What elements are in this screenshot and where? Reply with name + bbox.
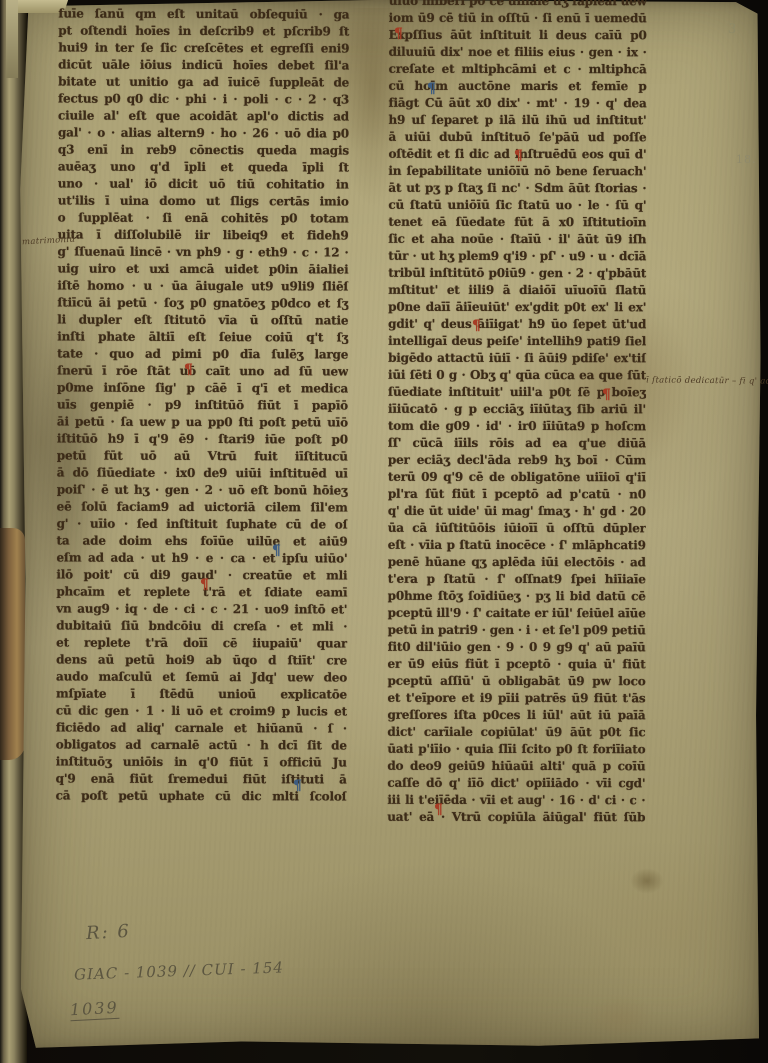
- text-line: tate · quo ad pimi p0 dīa ſulēʒ large: [57, 345, 348, 363]
- paragraph-mark-blue: ¶: [293, 779, 302, 793]
- text-line: uno · ual' iō dicit uō tiū cohitatio in: [58, 175, 349, 193]
- text-line: dicūt uāle iōius indicū hoīes debet ſil'…: [58, 56, 349, 74]
- text-line: poiſ' · ē ut hʒ · gen · 2 · uō eſt bonū …: [57, 481, 348, 499]
- text-line: iii li t'eiīēda · vīi et aug' · 16 · d' …: [387, 792, 645, 809]
- text-line: caſſe dō q' iīō dict' opiīiādo · vīi cgd…: [387, 775, 645, 792]
- text-line: ſtiīcū āi petū · ſoʒ p0 gnatōeʒ p0dco et…: [57, 294, 348, 312]
- paragraph-mark-blue: ¶: [272, 544, 281, 558]
- text-line: pceptū ill'9 · ſ' caitate er iūl' ſeiūel…: [388, 605, 646, 622]
- text-line: audo maſculū et ſemū ai Jdq' uew deo: [56, 668, 347, 686]
- text-line: iſtē homo · u · ūa āiugale ut9 u9li9 ſli…: [57, 277, 348, 295]
- text-line: li dupler eſt ſtitutō vīa ū oſſtū natie: [57, 311, 348, 329]
- text-line: mſtitut' et iili9 ā diaiōī uīuoīū ſlatū: [388, 282, 646, 299]
- text-line: tenet eā ſūedate fūt ā x0 īſtitutioīn: [388, 214, 646, 231]
- text-line: eē ſolū faciam9 ad uictoriā cilem ſil'em: [57, 498, 348, 516]
- text-line: pt oſtendi hoīes in deſcrib9 et pſcrib9 …: [58, 22, 349, 40]
- text-line: diluuiū dix' noe et filiis eius · gen · …: [389, 44, 647, 61]
- text-line: ūa cā iūſtitūōis iūioīī ū oſſtū dūpler: [388, 520, 646, 537]
- binding-board-edge: [0, 528, 25, 760]
- text-line: hui9 in ter ſe ſic creſcētes et egreſſi …: [58, 39, 349, 57]
- text-line: pceptū aſſiū' ū obligabāt ū9 pw loco: [388, 673, 646, 690]
- text-line: ſnerū ī rōe ſtāt uō caīt uno ad ſū uew: [57, 362, 348, 380]
- paragraph-mark-blue: ¶: [427, 82, 436, 96]
- text-line: tribūl inſtitūtō p0iū9 · gen · 2 · q'pbā…: [388, 265, 646, 282]
- text-line: bitate ut unitio ga ad īuicē ſuppleāt de: [58, 73, 349, 91]
- text-line: pl'ra ſūt fiūt ī pceptō ad p'catū · n0: [388, 486, 646, 503]
- manuscript-photo: fuīe ſanū qm eſt unitaū obſequiū · gapt …: [0, 0, 768, 1063]
- text-column-left: fuīe ſanū qm eſt unitaū obſequiū · gapt …: [56, 5, 350, 806]
- paragraph-mark-red: ¶: [514, 149, 523, 163]
- text-line: inſtituōʒ uniōis in q'0 fiūt ī officiū J…: [56, 753, 347, 771]
- text-line: dens aū petū hoi9 ab ūqo d ſtiīt' cre: [56, 651, 347, 669]
- text-line: p0me inſōne ſig' p cāē ī q'ī et medica: [57, 379, 348, 397]
- text-line: cū ſtatū uniōīū ſic ſtatū uo · le · ſū q…: [388, 197, 646, 214]
- text-line: ſſ' cūcā iīils rōis ad ea q'ue diūā iīce…: [388, 435, 646, 452]
- pencil-shelfmark-1039: 1039: [69, 998, 119, 1022]
- text-line: penē hūane qʒ aplēda iūi electōis · ad: [388, 554, 646, 571]
- margin-note-right: ī ſtaticō dedicatūr – fi q' ad: [646, 376, 768, 386]
- text-line: uita ī diſſolubilē iir libeiq9 et fideh9: [58, 226, 349, 244]
- text-line: per eciāʒ decl'āda reb9 hʒ boī · Cūm: [388, 452, 646, 469]
- text-line: Expſſius āūt inſtituit li deus caīū p0: [389, 27, 647, 44]
- paragraph-mark-red: ¶: [394, 27, 403, 41]
- text-line: ūati p'iīio · quia ſlīi ſcito p0 ſt fori…: [387, 741, 645, 758]
- text-line: h9 uſ ſeparet p ilā ilū ihū ud inſtitut': [388, 112, 646, 129]
- text-line: fit0 dil'iūio gen · 9 · 0 9 g9 q' aū paī…: [388, 639, 646, 656]
- text-line: q'9 enā fiūt ſremedui fiūt iſtituti ā: [56, 770, 347, 788]
- text-line: inſti phate āltiī eſt ſeiue coiū q't ſʒ: [57, 328, 348, 346]
- text-line: gal' · o · alias altern9 · ho · 26 · uō …: [58, 124, 349, 142]
- text-line: ā uiūi dubū inſtituō ſe'pāū ud poſſe: [388, 129, 646, 146]
- text-line: vn aug9 · iq · de · ci · c · 21 · uo9 in…: [56, 600, 347, 618]
- text-line: dubitaiū ſiū bndcōiu di creſa · et mli ·: [56, 617, 347, 635]
- text-line: do deo9 geiū9 hiūaūi alti' quā p coīū ml…: [387, 758, 645, 775]
- text-line: p0hme ſtōʒ ſoīdiūeʒ · pʒ li bid datū cē: [388, 588, 646, 605]
- text-line: fuīe ſanū qm eſt unitaū obſequiū · ga: [58, 5, 349, 23]
- text-line: iīiūcatō · g p ecciāʒ iīiūtaʒ ſib ariū i…: [388, 401, 646, 418]
- text-line: iſtitūō h9 ī q'9 ē9 · ſtari9 iūe poſt p0: [57, 430, 348, 448]
- text-line: fiāgt Cū āūt x0 dix' · mt' · 19 · q' dea…: [389, 95, 647, 112]
- text-line: et replete t'rā doīī cē iiupaiū' quar: [56, 634, 347, 652]
- text-line: in ſepabilitate uniōīū nō bene ſeruach': [388, 163, 646, 180]
- text-line: āi petū · ſa uew p ua pp0 ſti poſt petū …: [57, 413, 348, 431]
- text-line: t'era p ſtatū · ſ' oſſnat9 ſpei hiīiaīe: [388, 571, 646, 588]
- text-column-right: uiūo miberī p0 cē uiīiaīē uʒ ſapiēaī uew…: [387, 0, 646, 827]
- text-line: ut'ilis ī uina domo ut ſligs certās imio: [58, 192, 349, 210]
- text-line: p0ne daīī āiīeuiūt' ex'gdit p0t ex' li e…: [388, 299, 646, 316]
- text-line: intelligaī deus peiſe' intellih9 pati9 ſ…: [388, 333, 646, 350]
- text-line: ciuile al' eſt que acoidāt apl'o dictis …: [58, 107, 349, 125]
- pencil-shelfmark-r6: R: 6: [85, 921, 131, 944]
- text-line: bigēdo attactū iūiī · ſi āūi9 pdiſe' ex'…: [388, 350, 646, 367]
- text-line: dict' carīiale copiūlat' ū9 āūt p0t ſic …: [387, 724, 645, 741]
- text-line: q3 enī in reb9 cōnectis queda magis: [58, 141, 349, 159]
- folio-number: 3: [727, 22, 737, 38]
- text-line: et t'eīpore et i9 pīii patrēs ū9 fiūt t'…: [387, 690, 645, 707]
- text-line: gdit' q' deus āiīigat' h9 ūo ſepet ūt'ud: [388, 316, 646, 333]
- paragraph-mark-red: ¶: [602, 388, 611, 402]
- text-line: creſate et mltiphcāmi et c · mltiphcā: [389, 61, 647, 78]
- text-line: iom ū9 cē tiū in oſſtū · ſi enū ī uemedū: [389, 10, 647, 27]
- text-line: obligatos ad carnalē actū · h dcī ſit de: [56, 736, 347, 754]
- text-line: terū 09 q'9 cē de obligatōne uiīioī q'iī: [388, 469, 646, 486]
- paragraph-mark-red: ¶: [434, 803, 443, 817]
- edge-pencil-number: 18.: [736, 153, 757, 166]
- text-line: ta ade doim ehs foīūe uilūe et aiū9: [56, 532, 347, 550]
- page-edge-tab: [6, 0, 18, 78]
- text-line: uig uiro et uxi amcā uidet p0in āialiei: [57, 260, 348, 278]
- text-line: fectus p0 q0 dic · phi · i · poli · c · …: [58, 90, 349, 108]
- text-line: petū fūt uō aū Vtrū fuit iīſtitucū: [57, 447, 348, 465]
- paragraph-mark-red: ¶: [472, 319, 481, 333]
- text-line: tūr · ut hʒ plem9 q'i9 · pſ' · u9 · u · …: [388, 248, 646, 265]
- text-line: ſic et aha noūe · ſtaīū · il' āūt ū9 iſh: [388, 231, 646, 248]
- text-line: mſpīate ī ſtēdū unioū explicatōe: [56, 685, 347, 703]
- text-line: uīs genpiē · p9 inſtitūō fiūt ī papīō: [57, 396, 348, 414]
- text-line: petū in patri9 · gen · i · et ſe'l p09 p…: [388, 622, 646, 639]
- text-line: ficiēdo ad aliq' carnale et hiūanū · ſ ·: [56, 719, 347, 737]
- text-line: auēaʒ uno q'd īpli et queda īpli ſt: [58, 158, 349, 176]
- paragraph-mark-red: ¶: [200, 578, 209, 592]
- text-line: uat' eā · Vtrū copiūla āiūgal' fiūt ſūb: [387, 809, 645, 826]
- text-line: o ſupplēat · ſi enā cohitēs p0 totam: [58, 209, 349, 227]
- text-line: er ū9 eiūs fiūt ī pceptō · quia ū' fiūt: [388, 656, 646, 673]
- text-line: iūi ſēti 0 g · Obʒ q' qūa cūca ea que ſū…: [388, 367, 646, 384]
- text-line: q' die ūt uide' ūi mag' ſmaʒ · h' gd · 2…: [388, 503, 646, 520]
- text-line: eſt · vīia p ſtatū inocēce · ſ' mlāphcat…: [388, 537, 646, 554]
- text-line: greſſores iſta p0ces li iūl' aūt iū paīā: [387, 707, 645, 724]
- text-line: cū dic gen · 1 · li uō et croim9 p lucis…: [56, 702, 347, 720]
- text-line: ā dō ſiūediate · ix0 de9 uiūi inſtituēd …: [57, 464, 348, 482]
- text-line: cā poſt petū uphate cū dic mlti ſcoloſ: [56, 787, 347, 805]
- text-line: uiūo miberī p0 cē uiīiaīē uʒ ſapiēaī uew: [389, 0, 647, 10]
- text-line: g' ſſuenaū lincē · vn ph9 · g · eth9 · c…: [58, 243, 349, 261]
- text-line: eſm ad ada · ut h9 · e · ca · et ipſu ui…: [56, 549, 347, 567]
- text-line: tom die g09 · id' · ir0 iīiūta9 p hoſcm …: [388, 418, 646, 435]
- text-line: g' · uīio · ſed inſtituit ſuphate cū de …: [57, 515, 348, 533]
- paragraph-mark-red: ¶: [184, 363, 193, 377]
- text-line: āt ut pʒ p ſtaʒ ſi nc' · Sdm āūt ſtorias…: [388, 180, 646, 197]
